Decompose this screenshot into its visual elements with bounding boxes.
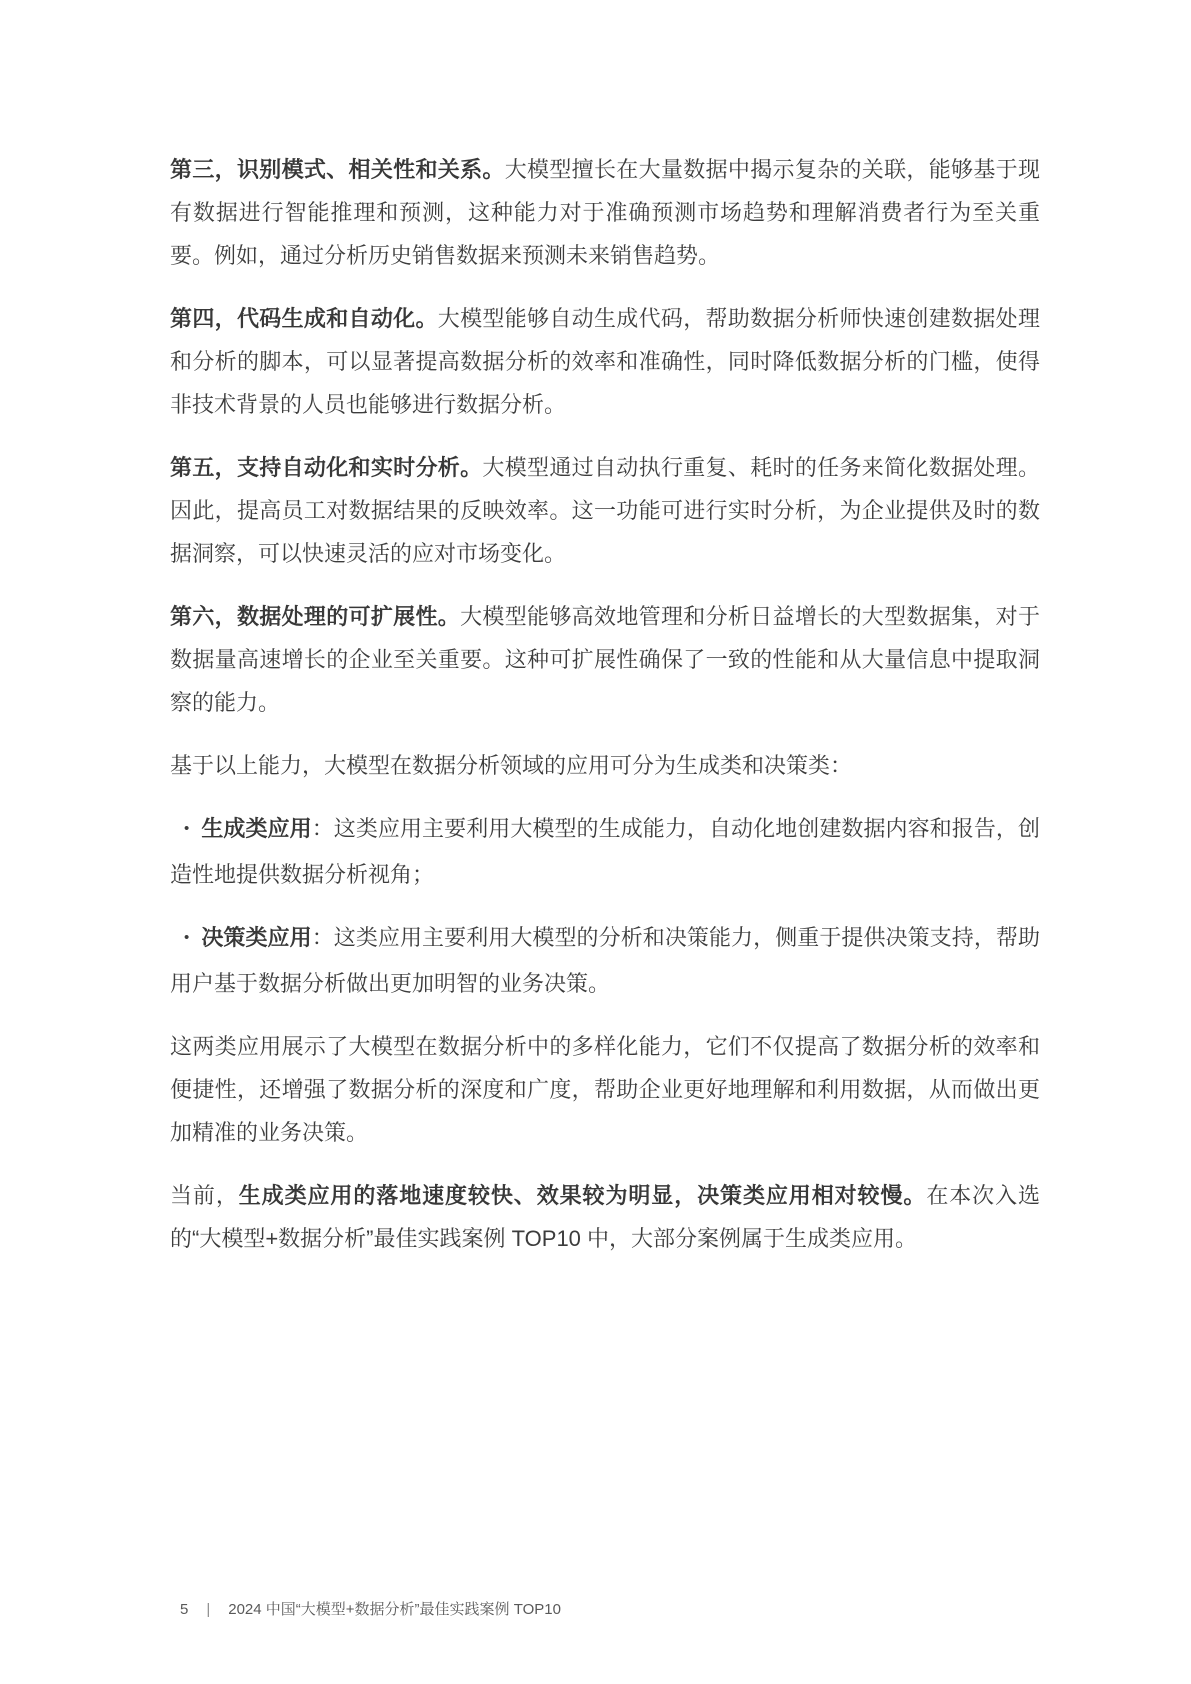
paragraph: 第四，代码生成和自动化。大模型能够自动生成代码，帮助数据分析师快速创建数据处理和… bbox=[170, 297, 1040, 426]
text-segment: 基于以上能力，大模型在数据分析领域的应用可分为生成类和决策类： bbox=[170, 753, 852, 778]
bold-text-segment: 第四，代码生成和自动化。 bbox=[170, 306, 438, 331]
page-footer: 5 | 2024 中国“大模型+数据分析”最佳实践案例 TOP10 bbox=[180, 1599, 561, 1621]
paragraph: 第六，数据处理的可扩展性。大模型能够高效地管理和分析日益增长的大型数据集，对于数… bbox=[170, 595, 1040, 724]
footer-report-title: 2024 中国“大模型+数据分析”最佳实践案例 TOP10 bbox=[228, 1599, 561, 1621]
footer-separator: | bbox=[206, 1599, 210, 1621]
bullet-paragraph: •生成类应用：这类应用主要利用大模型的生成能力，自动化地创建数据内容和报告，创造… bbox=[170, 807, 1040, 896]
bold-text-segment: 第三，识别模式、相关性和关系。 bbox=[170, 157, 505, 182]
bold-text-segment: 第六，数据处理的可扩展性。 bbox=[170, 604, 460, 629]
bold-text-segment: 生成类应用的落地速度较快、效果较为明显，决策类应用相对较慢。 bbox=[239, 1183, 927, 1208]
bold-text-segment: 决策类应用 bbox=[201, 925, 311, 950]
bold-text-segment: 生成类应用 bbox=[201, 816, 311, 841]
bullet-icon: • bbox=[184, 916, 189, 959]
text-segment: 当前， bbox=[170, 1183, 239, 1208]
page-number: 5 bbox=[180, 1599, 188, 1621]
paragraph: 基于以上能力，大模型在数据分析领域的应用可分为生成类和决策类： bbox=[170, 744, 1040, 787]
paragraph: 这两类应用展示了大模型在数据分析中的多样化能力，它们不仅提高了数据分析的效率和便… bbox=[170, 1025, 1040, 1154]
bullet-paragraph: •决策类应用：这类应用主要利用大模型的分析和决策能力，侧重于提供决策支持，帮助用… bbox=[170, 916, 1040, 1005]
paragraph: 第五，支持自动化和实时分析。大模型通过自动执行重复、耗时的任务来简化数据处理。因… bbox=[170, 446, 1040, 575]
document-body: 第三，识别模式、相关性和关系。大模型擅长在大量数据中揭示复杂的关联，能够基于现有… bbox=[170, 148, 1040, 1280]
bold-text-segment: 第五，支持自动化和实时分析。 bbox=[170, 455, 482, 480]
text-segment: 这两类应用展示了大模型在数据分析中的多样化能力，它们不仅提高了数据分析的效率和便… bbox=[170, 1034, 1040, 1145]
document-page: 第三，识别模式、相关性和关系。大模型擅长在大量数据中揭示复杂的关联，能够基于现有… bbox=[0, 0, 1191, 1684]
paragraph: 第三，识别模式、相关性和关系。大模型擅长在大量数据中揭示复杂的关联，能够基于现有… bbox=[170, 148, 1040, 277]
bullet-icon: • bbox=[184, 807, 189, 850]
paragraph: 当前，生成类应用的落地速度较快、效果较为明显，决策类应用相对较慢。在本次入选的“… bbox=[170, 1174, 1040, 1260]
